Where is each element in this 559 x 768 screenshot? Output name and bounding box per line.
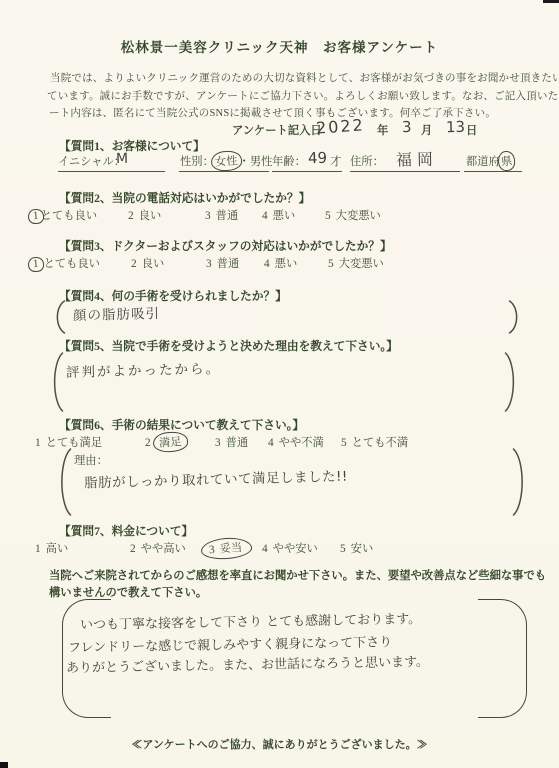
field-underline [58, 171, 165, 172]
q4-heading: 【質問4、何の手術を受けられましたか？】 [59, 288, 287, 304]
entry-date-label: アンケート記入日 [232, 122, 322, 138]
q7-heading: 【質問7、料金について】 [59, 523, 193, 539]
intro-line: ート内容は、匿名にて当院公式のSNSに掲載させて頂く事もございます。何卒ご了承下… [49, 105, 496, 120]
entry-date-day-value: 13 [446, 118, 466, 136]
q7-option-5: 5安い [340, 540, 373, 556]
q2-option-1: 1とても良い [31, 207, 97, 223]
q6-option-3: 3普通 [215, 434, 248, 450]
address-value: 福岡 [396, 146, 439, 170]
q2-options-row: 1とても良い 2良い 3普通 4悪い 5大変悪い [0, 207, 559, 225]
q6-option-2: 2満足 [145, 434, 184, 450]
gender-option-female: 女性 [215, 155, 238, 169]
q2-option-4: 4悪い [262, 207, 295, 223]
gender-field: 性別：女性・男性 [180, 153, 272, 169]
answer-box-paren-right [508, 300, 522, 334]
answer-box-paren-right [504, 352, 519, 412]
initial-value: M [116, 151, 129, 167]
prefecture-field: 都道府県 [466, 153, 513, 169]
gender-selection-circle: 女性 [210, 150, 242, 172]
scan-artifact-bottom-left [0, 762, 8, 768]
q2-option-3: 3普通 [205, 207, 238, 223]
q4-answer: 顔の脂肪吸引 [73, 302, 160, 324]
field-underline [464, 171, 522, 172]
q6-selection-circle: 満足 [152, 431, 188, 453]
q3-option-4: 4悪い [264, 255, 297, 271]
q3-option-3: 3普通 [206, 255, 239, 271]
q7-option-3: 3妥当 [204, 540, 249, 557]
answer-box-paren-left [49, 352, 64, 412]
q6-reason-answer: 脂肪がしっかり取れていて満足しました!! [84, 465, 348, 492]
field-underline [350, 171, 460, 172]
comment-box-bracket-right [478, 599, 527, 718]
q3-selection-circle: 1 [27, 256, 44, 272]
survey-sheet: 松林景一美容クリニック天神 お客様アンケート 当院では、よりよいクリニック運営の… [0, 0, 559, 768]
address-label: 住所： [350, 153, 384, 169]
q5-answer: 評判がよかったから。 [66, 357, 221, 381]
entry-date-month-value: 3 [402, 118, 412, 136]
q7-option-1: 1高い [35, 540, 68, 556]
q7-option-2: 2やや高い [130, 540, 186, 556]
q7-options-row: 1高い 2やや高い 3妥当 4やや安い 5安い [0, 540, 559, 558]
comments-intro-line: 構いませんので教えて下さい。 [49, 584, 207, 600]
gender-option-male: 男性 [250, 156, 273, 168]
q3-heading: 【質問3、ドクターおよびスタッフの対応はいかがでしたか？】 [59, 238, 392, 254]
intro-line: 当院では、よりよいクリニック運営のための大切な資料として、お客様がお気づきの事を… [50, 70, 559, 85]
q6-option-5: 5とても不満 [341, 434, 408, 450]
prefecture-selection-circle: 県 [497, 150, 516, 171]
q5-heading: 【質問5、当院で手術を受けようと決めた理由を教えて下さい。】 [59, 338, 398, 354]
reason-box-paren-left [56, 448, 72, 516]
field-underline [179, 171, 269, 172]
comments-intro-line: 当院へご来院されてからのご感想を率直にお聞かせ下さい。また、要望や改善点など些細… [49, 567, 546, 583]
entry-date-year-unit: 年 [377, 122, 388, 138]
entry-date-month-unit: 月 [421, 122, 432, 138]
q2-option-5: 5大変悪い [325, 207, 381, 223]
q6-options-row: 1とても満足 2満足 3普通 4やや不満 5とても不満 [0, 434, 559, 452]
q7-option-4: 4やや安い [262, 540, 318, 556]
prefecture-circled: 県 [501, 156, 513, 169]
age-unit: 才 [330, 153, 341, 169]
prefecture-label: 都道府 [466, 156, 500, 168]
q3-option-1: 1 とても良い [31, 255, 100, 271]
comment-line: いつも丁寧な接客をして下さり とても感謝しております。 [80, 608, 421, 633]
q2-selection-circle: 1 [27, 208, 44, 224]
age-value: 49 [308, 149, 328, 167]
reason-box-paren-right [512, 448, 528, 516]
closing-message: ≪アンケートへのご協力、誠にありがとうございました。≫ [0, 736, 559, 752]
q6-reason-label: 理由： [74, 452, 108, 468]
gender-label: 性別： [180, 156, 214, 168]
q6-option-4: 4やや不満 [268, 434, 324, 450]
q7-selection-circle: 3妥当 [200, 536, 253, 561]
intro-line: ています。誠にお手数ですが、アンケートにご協力下さい。よろしくお願い致します。な… [47, 88, 559, 103]
q2-option-2: 2良い [128, 207, 161, 223]
age-label: 年齢： [272, 153, 306, 169]
entry-date-year-value: 2022 [315, 115, 365, 137]
answer-box-paren-left [52, 300, 66, 334]
page-title: 松林景一美容クリニック天神 お客様アンケート [0, 36, 559, 56]
q3-option-2: 2良い [131, 255, 164, 271]
entry-date-day-unit: 日 [466, 122, 477, 138]
scan-artifact-top-right [543, 0, 559, 3]
q3-options-row: 1 とても良い 2良い 3普通 4悪い 5大変悪い [0, 255, 559, 273]
field-underline [272, 171, 342, 172]
q6-heading: 【質問6、手術の結果について教えて下さい。】 [59, 417, 304, 433]
q1-heading: 【質問1、お客様について】 [59, 138, 205, 154]
q2-heading: 【質問2、当院の電話対応はいかがでしたか？】 [59, 190, 310, 206]
q3-option-5: 5大変悪い [328, 255, 384, 271]
